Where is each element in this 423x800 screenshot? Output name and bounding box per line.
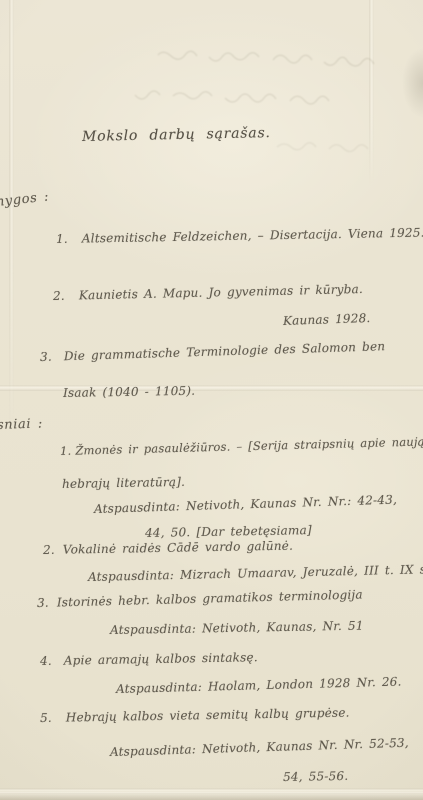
- article-item-4-text: Apie aramajų kalbos sintaksę.: [64, 650, 258, 667]
- article-item-2-imprint: Atspausdinta: Mizrach Umaarav, Jeruzalė,…: [88, 563, 423, 583]
- article-item-5: 5.Hebrajų kalbos vieta semitų kalbų grup…: [40, 707, 350, 724]
- article-item-2-number: 2.: [43, 544, 55, 556]
- scanned-page: Mokslo darbų sąrašas. nygos : 1.Altsemit…: [0, 0, 423, 800]
- article-item-1-text: Žmonės ir pasaulėžiūros. – [Serija strai…: [75, 434, 423, 457]
- book-item-3-continuation: Isaak (1040 - 1105).: [63, 385, 195, 399]
- section-books-heading: nygos :: [0, 190, 50, 208]
- fold-line-left: [9, 0, 14, 430]
- bleedthrough-writing: [118, 86, 333, 112]
- book-item-3: 3.Die grammatische Terminologie des Salo…: [40, 340, 386, 363]
- book-item-1-text: Altsemitische Feldzeichen, – Disertacija…: [82, 226, 423, 246]
- section-articles-heading: sniai :: [0, 417, 43, 432]
- article-item-5-text: Hebrajų kalbos vieta semitų kalbų grupės…: [66, 706, 350, 725]
- article-item-1-imprint: Atspausdinta: Netivoth, Kaunas Nr. Nr.: …: [94, 493, 397, 515]
- article-item-5-imprint-continuation: 54, 55-56.: [283, 770, 349, 783]
- bleedthrough-stroke: [128, 48, 378, 74]
- article-item-1: 1.Žmonės ir pasaulėžiūros. – [Serija str…: [60, 436, 423, 457]
- bleedthrough-path: [135, 91, 329, 104]
- article-item-5-number: 5.: [40, 712, 52, 724]
- article-item-3-text: Istorinės hebr. kalbos gramatikos termin…: [57, 587, 363, 609]
- article-item-1-continuation: hebrajų literatūrą].: [62, 476, 185, 490]
- book-item-1-number: 1.: [56, 233, 68, 245]
- article-item-3: 3.Istorinės hebr. kalbos gramatikos term…: [37, 588, 363, 609]
- article-item-1-imprint-continuation: 44, 50. [Dar tebetęsiama]: [145, 524, 312, 539]
- article-item-2-text: Vokalinė raidės Cādē vardo galūnė.: [63, 539, 293, 557]
- bleedthrough-path: [277, 143, 368, 152]
- article-item-4-number: 4.: [40, 655, 52, 667]
- article-item-3-imprint: Atspausdinta: Netivoth, Kaunas, Nr. 51: [110, 620, 364, 636]
- edge-smudge: [402, 48, 423, 118]
- paper-bottom-edge: [0, 792, 423, 800]
- book-item-3-number: 3.: [40, 351, 52, 363]
- book-item-2-text: Kaunietis A. Mapu. Jo gyvenimas ir kūryb…: [79, 282, 363, 302]
- article-item-2: 2.Vokalinė raidės Cādē vardo galūnė.: [43, 540, 293, 556]
- book-item-2: 2.Kaunietis A. Mapu. Jo gyvenimas ir kūr…: [53, 283, 363, 302]
- article-item-4: 4.Apie aramajų kalbos sintaksę.: [40, 651, 258, 667]
- book-item-3-text: Die grammatische Terminologie des Salomo…: [64, 339, 386, 363]
- book-item-1: 1.Altsemitische Feldzeichen, – Disertaci…: [56, 227, 423, 245]
- doc-title: Mokslo darbų sąrašas.: [82, 126, 271, 144]
- book-item-2-place-year: Kaunas 1928.: [283, 312, 371, 327]
- bleedthrough-writing: [128, 48, 378, 74]
- bleedthrough-stroke: [118, 86, 333, 112]
- article-item-5-imprint: Atspausdinta: Netivoth, Kaunas Nr. Nr. 5…: [110, 737, 409, 758]
- bleedthrough-path: [158, 51, 374, 66]
- article-item-1-number: 1.: [60, 446, 72, 458]
- article-item-4-imprint: Atspausdinta: Haolam, London 1928 Nr. 26…: [116, 676, 402, 695]
- article-item-3-number: 3.: [37, 597, 49, 609]
- book-item-2-number: 2.: [53, 290, 65, 302]
